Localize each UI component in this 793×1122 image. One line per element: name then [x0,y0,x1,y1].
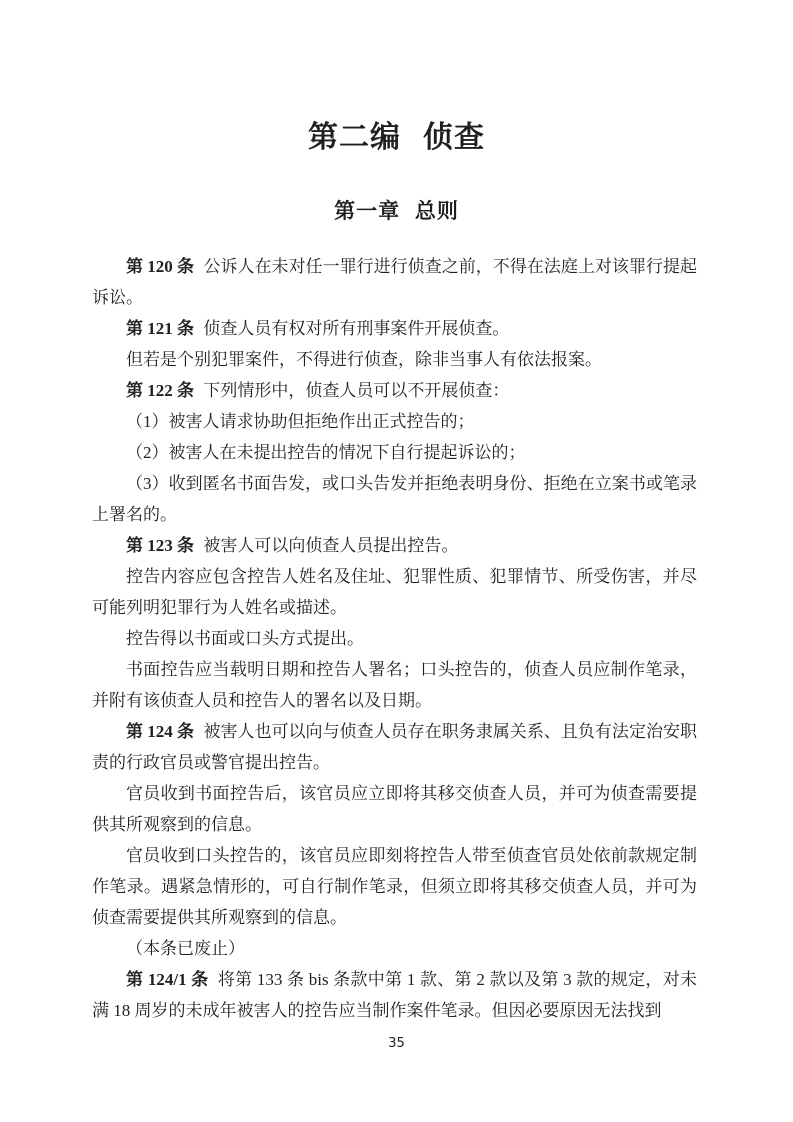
article-number: 第 120 条 [126,257,194,276]
paragraph: （2）被害人在未提出控告的情况下自行提起诉讼的； [92,437,697,468]
paragraph: 官员收到书面控告后，该官员应立即将其移交侦查人员，并可为侦查需要提供其所观察到的… [92,778,697,840]
paragraph: 第 124/1 条将第 133 条 bis 条款中第 1 款、第 2 款以及第 … [92,964,697,1026]
paragraph: 第 122 条下列情形中，侦查人员可以不开展侦查： [92,375,697,406]
page-number: 35 [0,1036,793,1051]
article-number: 第 122 条 [126,381,194,400]
part-title: 第二编 侦查 [0,0,793,158]
chapter-title: 第一章 总则 [0,198,793,224]
paragraph: 第 124 条被害人也可以向与侦查人员存在职务隶属关系、且负有法定治安职责的行政… [92,716,697,778]
paragraph: 控告内容应包含控告人姓名及住址、犯罪性质、犯罪情节、所受伤害，并尽可能列明犯罪行… [92,561,697,623]
article-number: 第 123 条 [126,536,194,555]
paragraph: 第 123 条被害人可以向侦查人员提出控告。 [92,530,697,561]
paragraph: （本条已废止） [92,933,697,964]
article-number: 第 124 条 [126,722,194,741]
article-number: 第 121 条 [126,319,194,338]
paragraph: 书面控告应当载明日期和控告人署名；口头控告的，侦查人员应制作笔录，并附有该侦查人… [92,654,697,716]
document-page: 第二编 侦查 第一章 总则 第 120 条公诉人在未对任一罪行进行侦查之前，不得… [0,0,793,1122]
paragraph: 但若是个别犯罪案件，不得进行侦查，除非当事人有依法报案。 [92,344,697,375]
paragraph: （1）被害人请求协助但拒绝作出正式控告的； [92,406,697,437]
paragraph: 第 120 条公诉人在未对任一罪行进行侦查之前，不得在法庭上对该罪行提起诉讼。 [92,251,697,313]
document-body: 第 120 条公诉人在未对任一罪行进行侦查之前，不得在法庭上对该罪行提起诉讼。第… [92,251,697,1026]
paragraph: 第 121 条侦查人员有权对所有刑事案件开展侦查。 [92,313,697,344]
paragraph: （3）收到匿名书面告发，或口头告发并拒绝表明身份、拒绝在立案书或笔录上署名的。 [92,468,697,530]
paragraph: 控告得以书面或口头方式提出。 [92,623,697,654]
paragraph: 官员收到口头控告的，该官员应即刻将控告人带至侦查官员处依前款规定制作笔录。遇紧急… [92,840,697,933]
article-number: 第 124/1 条 [126,970,208,989]
